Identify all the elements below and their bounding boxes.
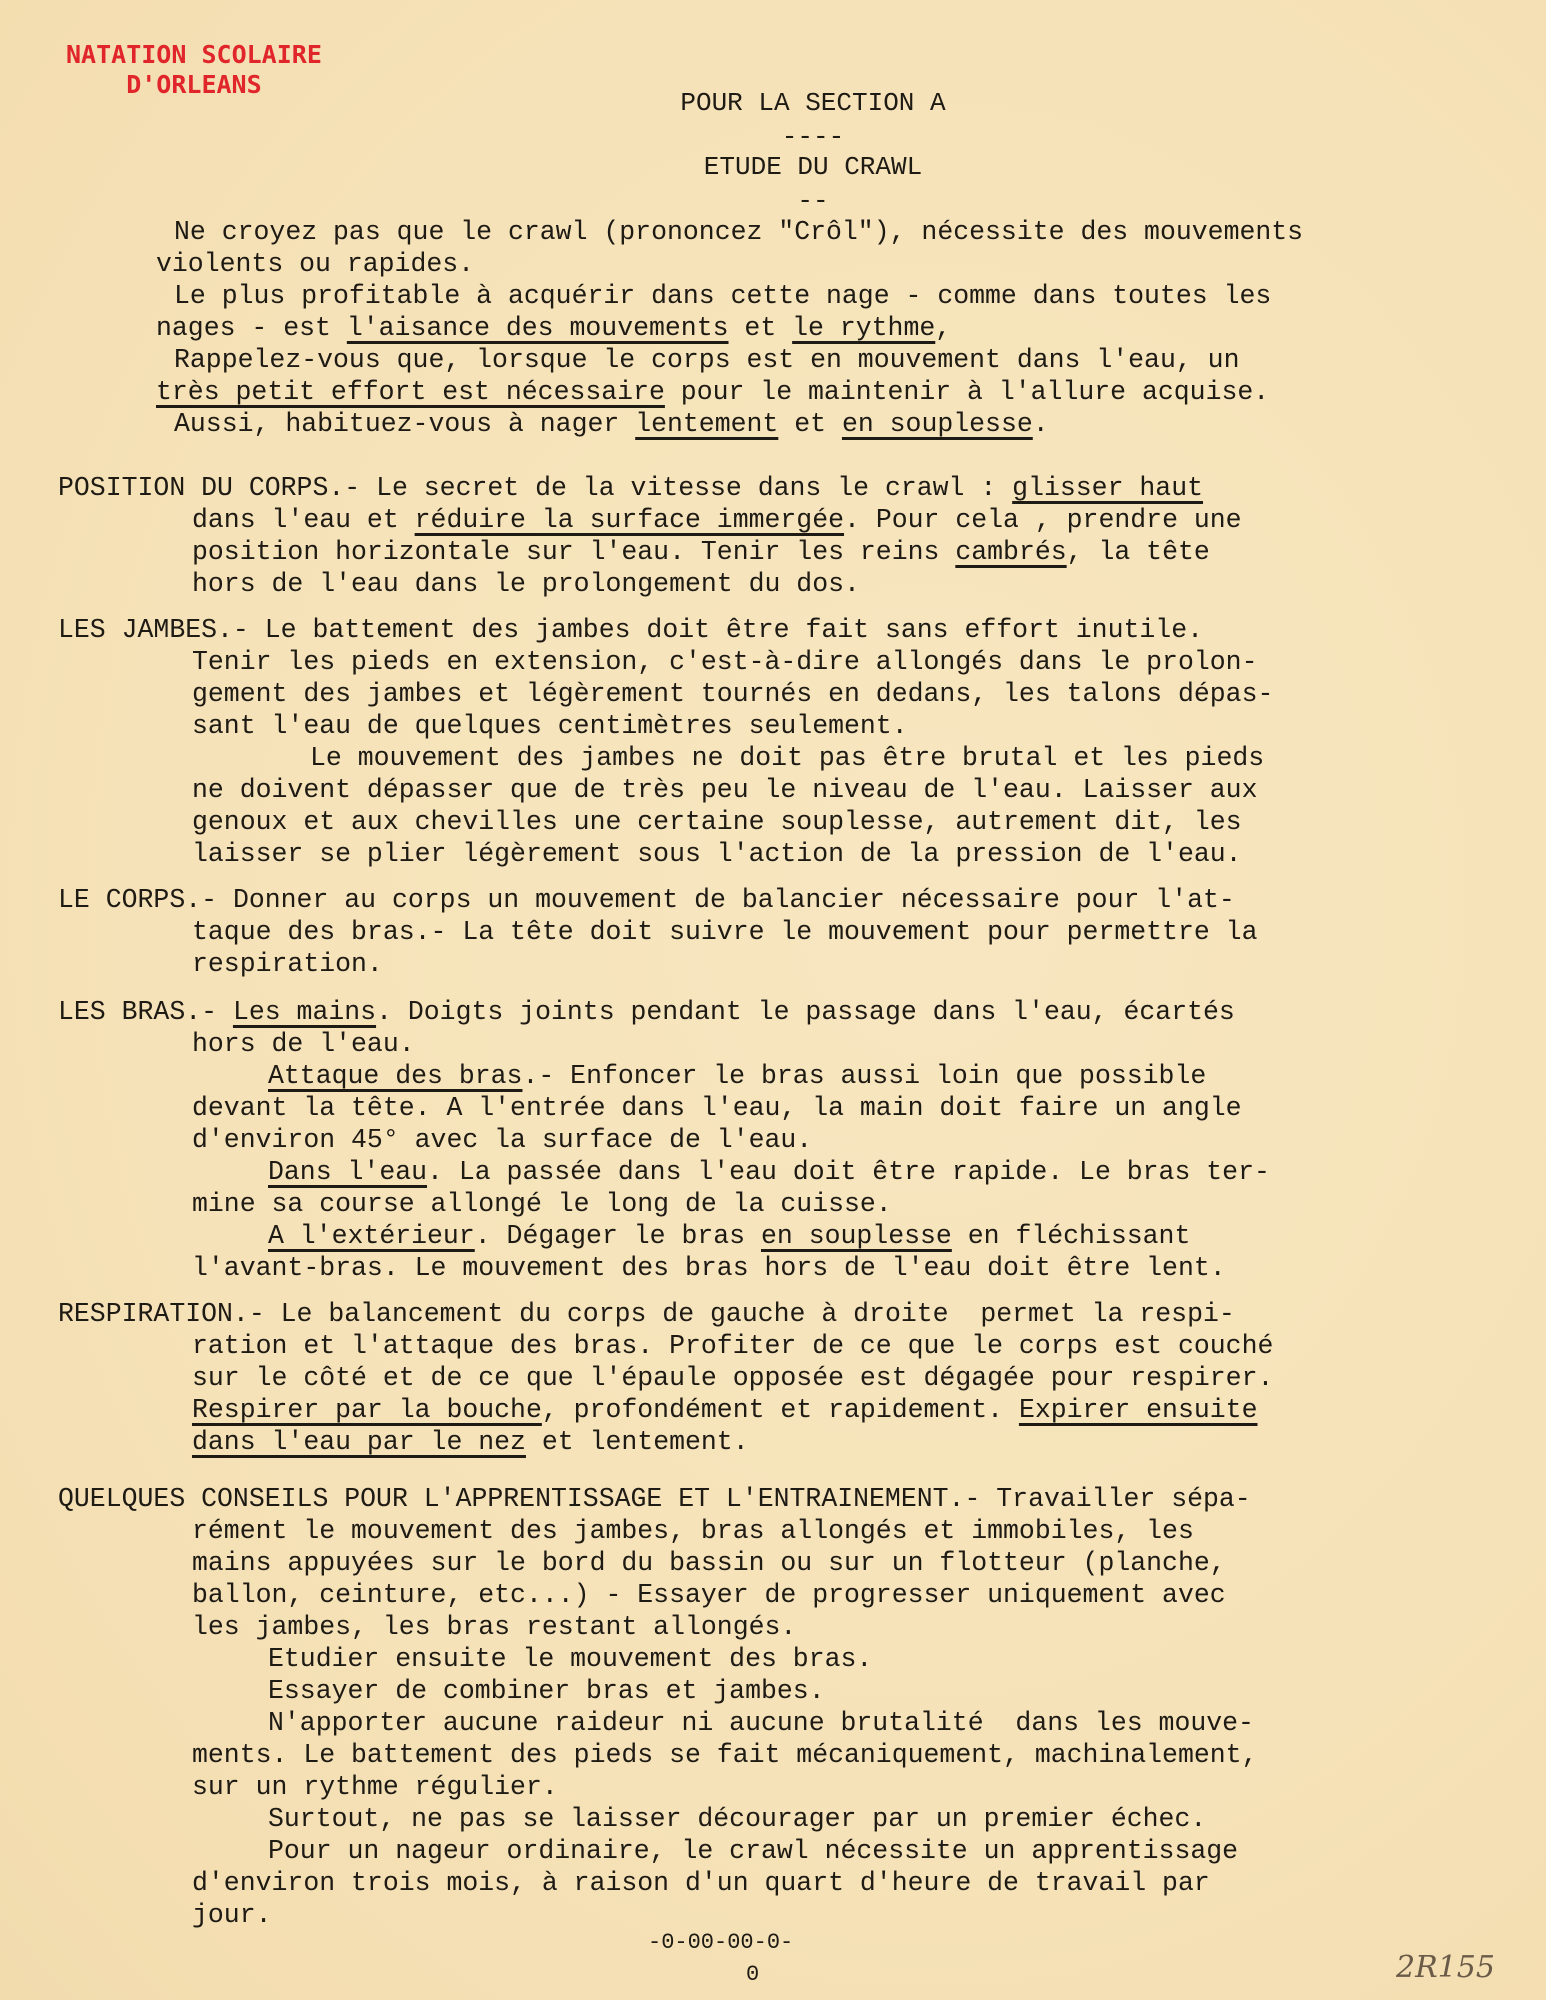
section-label: LES JAMBES.- — [58, 615, 249, 645]
text-line: très petit effort est nécessaire pour le… — [156, 376, 1269, 408]
text: nages - est l'aisance des mouvements et … — [156, 313, 951, 343]
document-title: ETUDE DU CRAWL — [40, 152, 1546, 182]
text: A l'extérieur. Dégager le bras en souple… — [268, 1221, 1190, 1251]
text-line: ments. Le battement des pieds se fait mé… — [192, 1739, 1257, 1771]
underlined-phrase: Attaque des bras — [268, 1061, 522, 1091]
underlined-phrase: Respirer par la bouche — [192, 1395, 542, 1425]
text-line: rément le mouvement des jambes, bras all… — [192, 1515, 1194, 1547]
text-line: mains appuyées sur le bord du bassin ou … — [192, 1547, 1226, 1579]
stamp-line-1: NATATION SCOLAIRE — [66, 40, 322, 70]
divider: ---- — [40, 122, 1546, 152]
text-line: ballon, ceinture, etc...) - Essayer de p… — [192, 1579, 1226, 1611]
section-label: LES BRAS.- — [58, 997, 217, 1027]
archive-reference: 2R155 — [1396, 1950, 1495, 1985]
text-line: devant la tête. A l'entrée dans l'eau, l… — [192, 1092, 1242, 1124]
section-label: LE CORPS.- — [58, 885, 217, 915]
section-label: RESPIRATION.- — [58, 1299, 265, 1329]
text-line: Tenir les pieds en extension, c'est-à-di… — [192, 646, 1257, 678]
text-line: d'environ 45° avec la surface de l'eau. — [192, 1124, 812, 1156]
text-line: Ne croyez pas que le crawl (prononcez "C… — [174, 216, 1303, 248]
text-line: ne doivent dépasser que de très peu le n… — [192, 774, 1257, 806]
text: dans l'eau et réduire la surface immergé… — [192, 505, 1242, 535]
underlined-phrase: glisser haut — [1012, 473, 1203, 503]
text-line: hors de l'eau dans le prolongement du do… — [192, 568, 860, 600]
text-line: Surtout, ne pas se laisser décourager pa… — [268, 1803, 1206, 1835]
text: Donner au corps un mouvement de balancie… — [233, 885, 1235, 915]
text: Aussi, habituez-vous à nager lentement e… — [174, 409, 1049, 439]
underlined-phrase: Dans l'eau — [268, 1157, 427, 1187]
text-line: Etudier ensuite le mouvement des bras. — [268, 1643, 872, 1675]
text-line: POSITION DU CORPS.- Le secret de la vite… — [58, 472, 1203, 504]
text-line: QUELQUES CONSEILS POUR L'APPRENTISSAGE E… — [58, 1483, 1251, 1515]
divider: -- — [40, 186, 1546, 216]
text-line: gement des jambes et légèrement tournés … — [192, 678, 1273, 710]
text-line: l'avant-bras. Le mouvement des bras hors… — [192, 1252, 1226, 1284]
underlined-phrase: lentement — [635, 409, 778, 439]
underlined-phrase: en souplesse — [842, 409, 1033, 439]
underlined-phrase: très petit effort est nécessaire — [156, 377, 665, 407]
text-line: Aussi, habituez-vous à nager lentement e… — [174, 408, 1049, 440]
underlined-phrase: en souplesse — [761, 1221, 952, 1251]
text: Travailler sépa- — [996, 1484, 1250, 1514]
underlined-phrase: réduire la surface immergée — [415, 505, 844, 535]
text-line: genoux et aux chevilles une certaine sou… — [192, 806, 1242, 838]
text-line: A l'extérieur. Dégager le bras en souple… — [268, 1220, 1190, 1252]
text-line: Essayer de combiner bras et jambes. — [268, 1675, 825, 1707]
underlined-phrase: Expirer ensuite — [1019, 1395, 1258, 1425]
text: très petit effort est nécessaire pour le… — [156, 377, 1269, 407]
text-line: Dans l'eau. La passée dans l'eau doit êt… — [268, 1156, 1270, 1188]
text-line: Rappelez-vous que, lorsque le corps est … — [174, 344, 1239, 376]
text-line: Le plus profitable à acquérir dans cette… — [174, 280, 1271, 312]
text: Attaque des bras.- Enfoncer le bras auss… — [268, 1061, 1206, 1091]
closing-ornament: -0-00-00-0- — [648, 1930, 793, 1955]
text-line: LE CORPS.- Donner au corps un mouvement … — [58, 884, 1235, 916]
text-line: les jambes, les bras restant allongés. — [192, 1611, 796, 1643]
text: Le balancement du corps de gauche à droi… — [281, 1299, 1235, 1329]
underlined-phrase: dans l'eau par le nez — [192, 1427, 526, 1457]
underlined-phrase: A l'extérieur — [268, 1221, 475, 1251]
text-line: nages - est l'aisance des mouvements et … — [156, 312, 951, 344]
text: Les mains. Doigts joints pendant le pass… — [233, 997, 1235, 1027]
text-line: LES JAMBES.- Le battement des jambes doi… — [58, 614, 1203, 646]
underlined-phrase: Les mains — [233, 997, 376, 1027]
text: Le battement des jambes doit être fait s… — [265, 615, 1203, 645]
text-line: sant l'eau de quelques centimètres seule… — [192, 710, 908, 742]
text-line: laisser se plier légèrement sous l'actio… — [192, 838, 1242, 870]
text-line: N'apporter aucune raideur ni aucune brut… — [268, 1707, 1254, 1739]
text-line: sur le côté et de ce que l'épaule opposé… — [192, 1362, 1273, 1394]
text-line: Le mouvement des jambes ne doit pas être… — [310, 742, 1264, 774]
text-line: Attaque des bras.- Enfoncer le bras auss… — [268, 1060, 1206, 1092]
text-line: violents ou rapides. — [156, 248, 474, 280]
text-line: Respirer par la bouche, profondément et … — [192, 1394, 1257, 1426]
text-line: sur un rythme régulier. — [192, 1771, 558, 1803]
text-line: RESPIRATION.- Le balancement du corps de… — [58, 1298, 1235, 1330]
section-label: POSITION DU CORPS.- — [58, 473, 360, 503]
text-line: Pour un nageur ordinaire, le crawl néces… — [268, 1835, 1238, 1867]
text-line: dans l'eau et réduire la surface immergé… — [192, 504, 1242, 536]
text-line: d'environ trois mois, à raison d'un quar… — [192, 1867, 1210, 1899]
text-line: mine sa course allongé le long de la cui… — [192, 1188, 892, 1220]
text-line: dans l'eau par le nez et lentement. — [192, 1426, 749, 1458]
text-line: taque des bras.- La tête doit suivre le … — [192, 916, 1257, 948]
text: position horizontale sur l'eau. Tenir le… — [192, 537, 1210, 567]
underlined-phrase: l'aisance des mouvements — [347, 313, 729, 343]
section-label: QUELQUES CONSEILS POUR L'APPRENTISSAGE E… — [58, 1484, 980, 1514]
underlined-phrase: cambrés — [955, 537, 1066, 567]
text-line: LES BRAS.- Les mains. Doigts joints pend… — [58, 996, 1235, 1028]
text: Dans l'eau. La passée dans l'eau doit êt… — [268, 1157, 1270, 1187]
text-line: jour. — [192, 1899, 272, 1931]
section-heading: POUR LA SECTION A — [40, 88, 1546, 118]
text-line: position horizontale sur l'eau. Tenir le… — [192, 536, 1210, 568]
text: Le secret de la vitesse dans le crawl : … — [376, 473, 1203, 503]
text-line: respiration. — [192, 948, 383, 980]
text: Respirer par la bouche, profondément et … — [192, 1395, 1257, 1425]
text-line: hors de l'eau. — [192, 1028, 415, 1060]
page-number: 0 — [746, 1962, 759, 1987]
text-line: ration et l'attaque des bras. Profiter d… — [192, 1330, 1273, 1362]
underlined-phrase: le rythme — [792, 313, 935, 343]
text: dans l'eau par le nez et lentement. — [192, 1427, 749, 1457]
